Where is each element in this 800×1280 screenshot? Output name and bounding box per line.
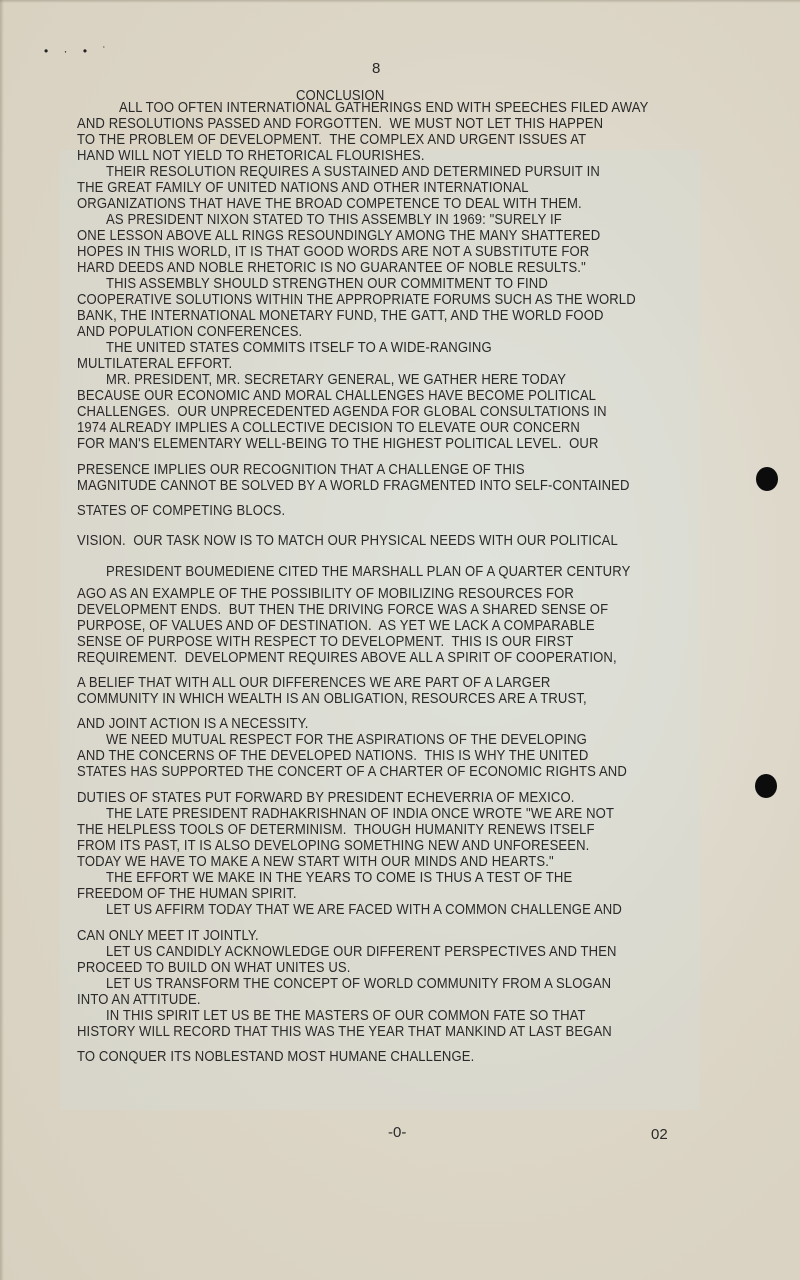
text-line: AGO AS AN EXAMPLE OF THE POSSIBILITY OF …	[77, 586, 574, 602]
text-line: HOPES IN THIS WORLD, IT IS THAT GOOD WOR…	[77, 244, 589, 260]
text-line: TODAY WE HAVE TO MAKE A NEW START WITH O…	[77, 854, 554, 870]
text-line: IN THIS SPIRIT LET US BE THE MASTERS OF …	[106, 1008, 586, 1024]
punch-hole-icon	[755, 774, 777, 798]
text-line: MULTILATERAL EFFORT.	[77, 356, 232, 372]
text-line: PROCEED TO BUILD ON WHAT UNITES US.	[77, 960, 351, 976]
text-line: THE GREAT FAMILY OF UNITED NATIONS AND O…	[77, 180, 529, 196]
text-line: LET US AFFIRM TODAY THAT WE ARE FACED WI…	[106, 902, 622, 918]
text-line: CHALLENGES. OUR UNPRECEDENTED AGENDA FOR…	[77, 404, 607, 420]
text-line: REQUIREMENT. DEVELOPMENT REQUIRES ABOVE …	[77, 650, 617, 666]
text-line: AND JOINT ACTION IS A NECESSITY.	[77, 716, 309, 732]
text-line: STATES OF COMPETING BLOCS.	[77, 503, 285, 519]
text-line: MAGNITUDE CANNOT BE SOLVED BY A WORLD FR…	[77, 478, 630, 494]
text-line: TO CONQUER ITS NOBLESTAND MOST HUMANE CH…	[77, 1049, 474, 1065]
text-line: ALL TOO OFTEN INTERNATIONAL GATHERINGS E…	[119, 100, 648, 116]
text-line: VISION. OUR TASK NOW IS TO MATCH OUR PHY…	[77, 533, 618, 549]
margin-marks: • · • ˙	[44, 44, 112, 58]
text-line: MR. PRESIDENT, MR. SECRETARY GENERAL, WE…	[106, 372, 566, 388]
text-line: AND THE CONCERNS OF THE DEVELOPED NATION…	[77, 748, 588, 764]
text-line: DEVELOPMENT ENDS. BUT THEN THE DRIVING F…	[77, 602, 608, 618]
text-line: THEIR RESOLUTION REQUIRES A SUSTAINED AN…	[106, 164, 600, 180]
end-mark: -0-	[388, 1124, 406, 1141]
text-line: AND POPULATION CONFERENCES.	[77, 324, 302, 340]
text-line: THE HELPLESS TOOLS OF DETERMINISM. THOUG…	[77, 822, 595, 838]
text-line: HISTORY WILL RECORD THAT THIS WAS THE YE…	[77, 1024, 612, 1040]
punch-hole-icon	[756, 467, 778, 491]
text-line: LET US CANDIDLY ACKNOWLEDGE OUR DIFFEREN…	[106, 944, 617, 960]
text-line: THE UNITED STATES COMMITS ITSELF TO A WI…	[106, 340, 492, 356]
text-line: PURPOSE, OF VALUES AND OF DESTINATION. A…	[77, 618, 595, 634]
text-line: COOPERATIVE SOLUTIONS WITHIN THE APPROPR…	[77, 292, 636, 308]
text-line: TO THE PROBLEM OF DEVELOPMENT. THE COMPL…	[77, 132, 586, 148]
text-line: PRESENCE IMPLIES OUR RECOGNITION THAT A …	[77, 462, 525, 478]
text-line: AS PRESIDENT NIXON STATED TO THIS ASSEMB…	[106, 212, 562, 228]
text-line: BECAUSE OUR ECONOMIC AND MORAL CHALLENGE…	[77, 388, 596, 404]
text-line: THIS ASSEMBLY SHOULD STRENGTHEN OUR COMM…	[106, 276, 548, 292]
text-line: ORGANIZATIONS THAT HAVE THE BROAD COMPET…	[77, 196, 582, 212]
text-line: CAN ONLY MEET IT JOINTLY.	[77, 928, 259, 944]
text-line: PRESIDENT BOUMEDIENE CITED THE MARSHALL …	[106, 564, 630, 580]
text-line: LET US TRANSFORM THE CONCEPT OF WORLD CO…	[106, 976, 611, 992]
text-line: COMMUNITY IN WHICH WEALTH IS AN OBLIGATI…	[77, 691, 587, 707]
text-line: FREEDOM OF THE HUMAN SPIRIT.	[77, 886, 297, 902]
text-line: FOR MAN'S ELEMENTARY WELL-BEING TO THE H…	[77, 436, 599, 452]
text-line: SENSE OF PURPOSE WITH RESPECT TO DEVELOP…	[77, 634, 573, 650]
text-line: HARD DEEDS AND NOBLE RHETORIC IS NO GUAR…	[77, 260, 586, 276]
text-line: A BELIEF THAT WITH ALL OUR DIFFERENCES W…	[77, 675, 550, 691]
page-number: 8	[372, 60, 380, 77]
text-line: WE NEED MUTUAL RESPECT FOR THE ASPIRATIO…	[106, 732, 587, 748]
text-line: 1974 ALREADY IMPLIES A COLLECTIVE DECISI…	[77, 420, 580, 436]
footer-code: 02	[651, 1126, 668, 1143]
text-line: THE LATE PRESIDENT RADHAKRISHNAN OF INDI…	[106, 806, 614, 822]
text-line: FROM ITS PAST, IT IS ALSO DEVELOPING SOM…	[77, 838, 589, 854]
text-line: DUTIES OF STATES PUT FORWARD BY PRESIDEN…	[77, 790, 575, 806]
text-line: BANK, THE INTERNATIONAL MONETARY FUND, T…	[77, 308, 604, 324]
document-page: • · • ˙ 8 CONCLUSION ALL TOO OFTEN INTER…	[0, 0, 800, 1280]
text-line: STATES HAS SUPPORTED THE CONCERT OF A CH…	[77, 764, 627, 780]
text-line: HAND WILL NOT YIELD TO RHETORICAL FLOURI…	[77, 148, 425, 164]
text-line: ONE LESSON ABOVE ALL RINGS RESOUNDINGLY …	[77, 228, 600, 244]
text-line: INTO AN ATTITUDE.	[77, 992, 201, 1008]
text-line: AND RESOLUTIONS PASSED AND FORGOTTEN. WE…	[77, 116, 603, 132]
text-line: THE EFFORT WE MAKE IN THE YEARS TO COME …	[106, 870, 572, 886]
